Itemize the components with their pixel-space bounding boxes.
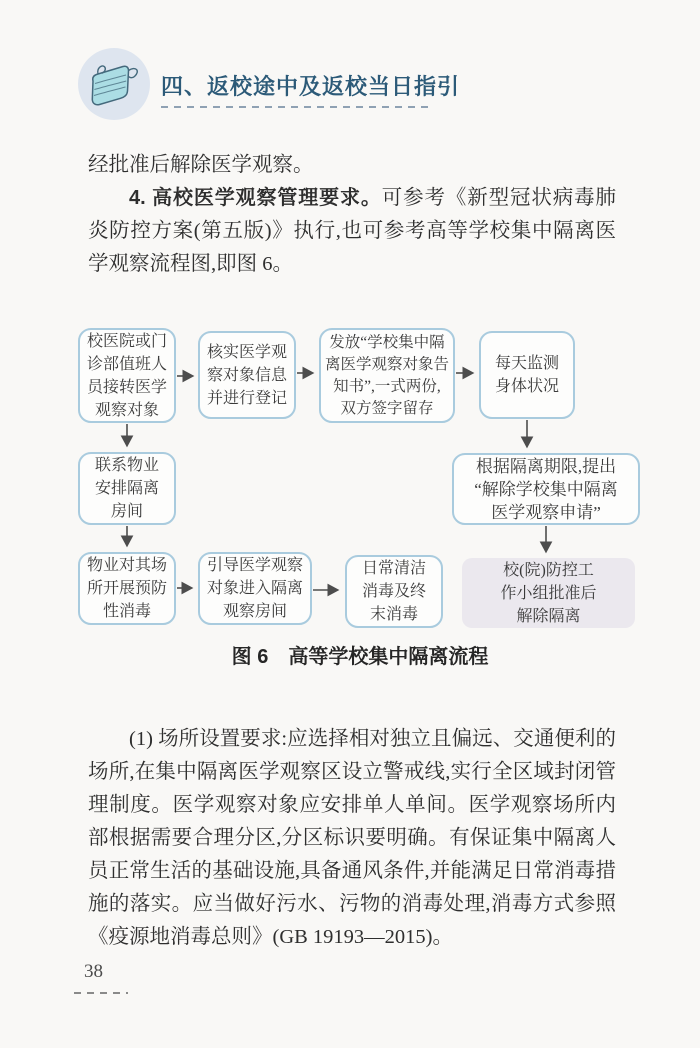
paragraph-item-4: 4. 高校医学观察管理要求。可参考《新型冠状病毒肺炎防控方案(第五版)》执行,也… xyxy=(88,182,616,281)
paragraph-block-bottom: (1) 场所设置要求:应选择相对独立且偏远、交通便利的场所,在集中隔离医学观察区… xyxy=(88,723,616,954)
flow-box-approve-release: 校(院)防控工 作小组批准后 解除隔离 xyxy=(462,558,635,628)
flow-box-verify-register: 核实医学观 察对象信息 并进行登记 xyxy=(198,331,296,419)
page-title: 四、返校途中及返校当日指引 xyxy=(161,70,460,101)
paragraph-block-top: 经批准后解除医学观察。 4. 高校医学观察管理要求。可参考《新型冠状病毒肺炎防控… xyxy=(88,149,616,281)
document-page: 四、返校途中及返校当日指引 经批准后解除医学观察。 4. 高校医学观察管理要求。… xyxy=(0,0,700,1048)
flow-box-guide-into-room: 引导医学观察 对象进入隔离 观察房间 xyxy=(198,552,312,625)
figure-caption: 图 6 高等学校集中隔离流程 xyxy=(60,640,660,669)
page-number: 38 xyxy=(84,961,103,983)
flow-box-receive-subject: 校医院或门 诊部值班人 员接转医学 观察对象 xyxy=(78,328,176,423)
flow-box-contact-property: 联系物业 安排隔离 房间 xyxy=(78,452,176,525)
figure-6-flowchart: 校医院或门 诊部值班人 员接转医学 观察对象 核实医学观 察对象信息 并进行登记… xyxy=(60,320,660,672)
footer-dashes xyxy=(74,992,128,994)
flow-box-issue-notice: 发放“学校集中隔 离医学观察对象告 知书”,一式两份, 双方签字留存 xyxy=(319,328,455,423)
flow-box-daily-monitor: 每天监测 身体状况 xyxy=(479,331,575,419)
paragraph-site-requirements: (1) 场所设置要求:应选择相对独立且偏远、交通便利的场所,在集中隔离医学观察区… xyxy=(88,723,616,954)
title-underline xyxy=(161,106,429,108)
paragraph-continuation: 经批准后解除医学观察。 xyxy=(88,149,616,182)
face-mask-icon xyxy=(76,46,152,122)
flow-box-apply-release: 根据隔离期限,提出 “解除学校集中隔离 医学观察申请” xyxy=(452,453,640,525)
flow-box-preventive-disinfect: 物业对其场 所开展预防 性消毒 xyxy=(78,552,176,625)
paragraph-item-4-heading: 4. 高校医学观察管理要求。 xyxy=(129,187,382,209)
flow-box-daily-cleaning: 日常清洁 消毒及终 末消毒 xyxy=(345,555,443,628)
